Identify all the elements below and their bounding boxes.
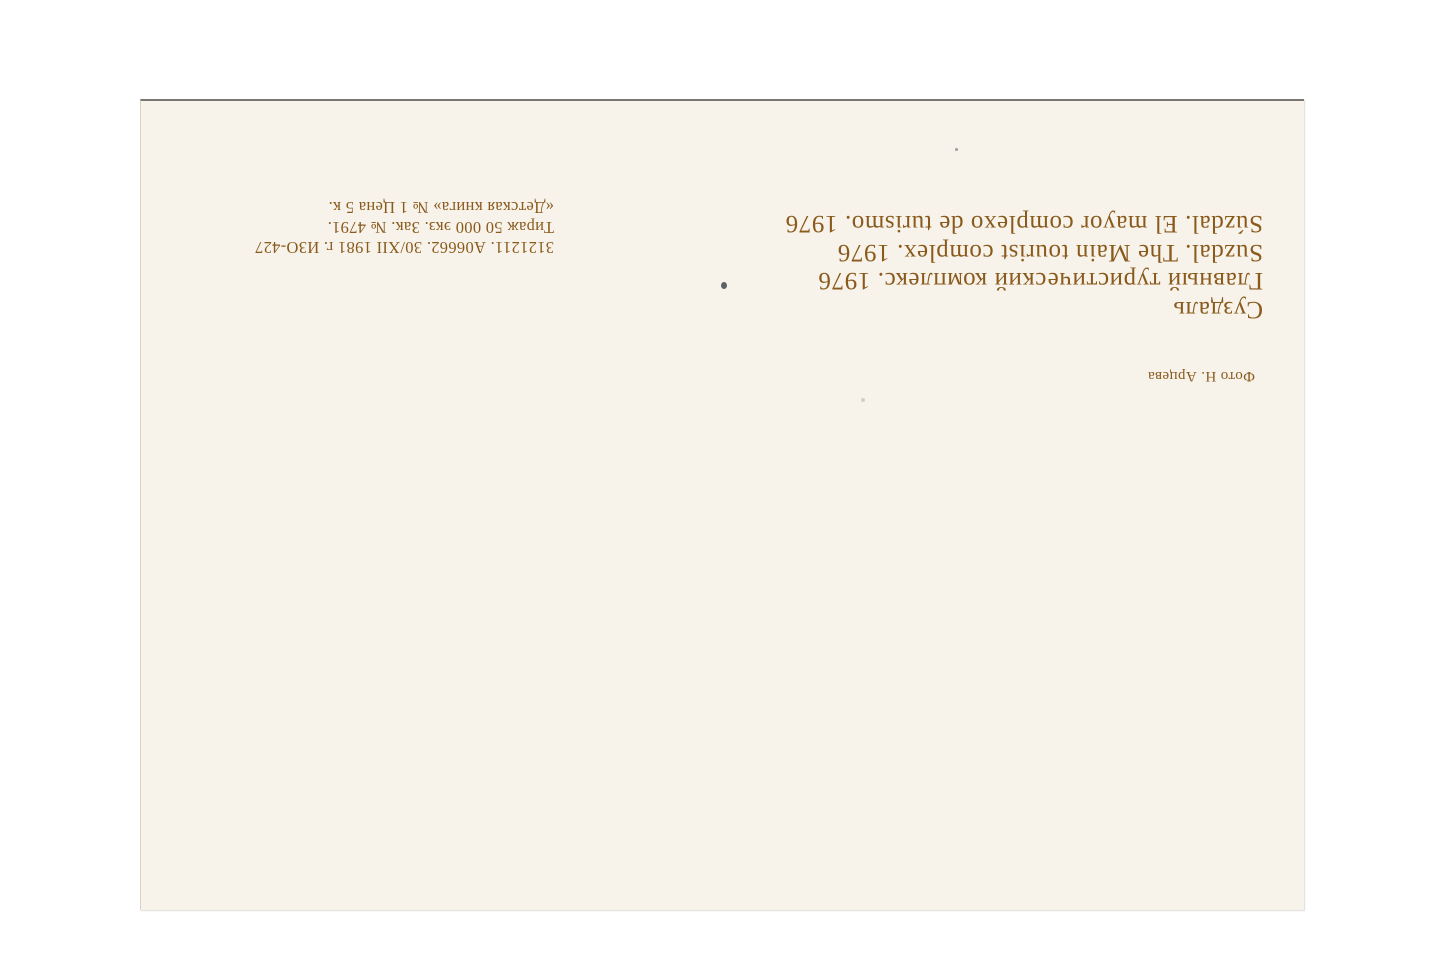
publication-line-3: «Детская книга» № 1 Цена 5 к. — [184, 197, 554, 217]
caption-line-russian: Главный туристический комплекс. 1976 — [753, 266, 1263, 295]
paper-speck — [861, 398, 865, 402]
publication-info: 3121211. А06662. 30/XII 1981 г. ИЗО-427 … — [184, 197, 554, 257]
caption-line-spanish: Súzdal. El mayor complexo de turismo. 19… — [753, 209, 1263, 238]
ink-speck — [721, 282, 727, 289]
photo-credit: Фото Н. Арцева — [1095, 365, 1255, 387]
caption-line-english: Suzdal. The Main tourist complex. 1976 — [753, 238, 1263, 267]
caption-block: Суздаль Главный туристический комплекс. … — [753, 205, 1263, 323]
publication-line-1: 3121211. А06662. 30/XII 1981 г. ИЗО-427 — [184, 237, 554, 257]
caption-line-russian-title: Суздаль — [753, 295, 1263, 324]
publication-line-2: Тираж 50 000 экз. Зак. № 4791. — [184, 217, 554, 237]
paper-speck — [955, 148, 958, 151]
